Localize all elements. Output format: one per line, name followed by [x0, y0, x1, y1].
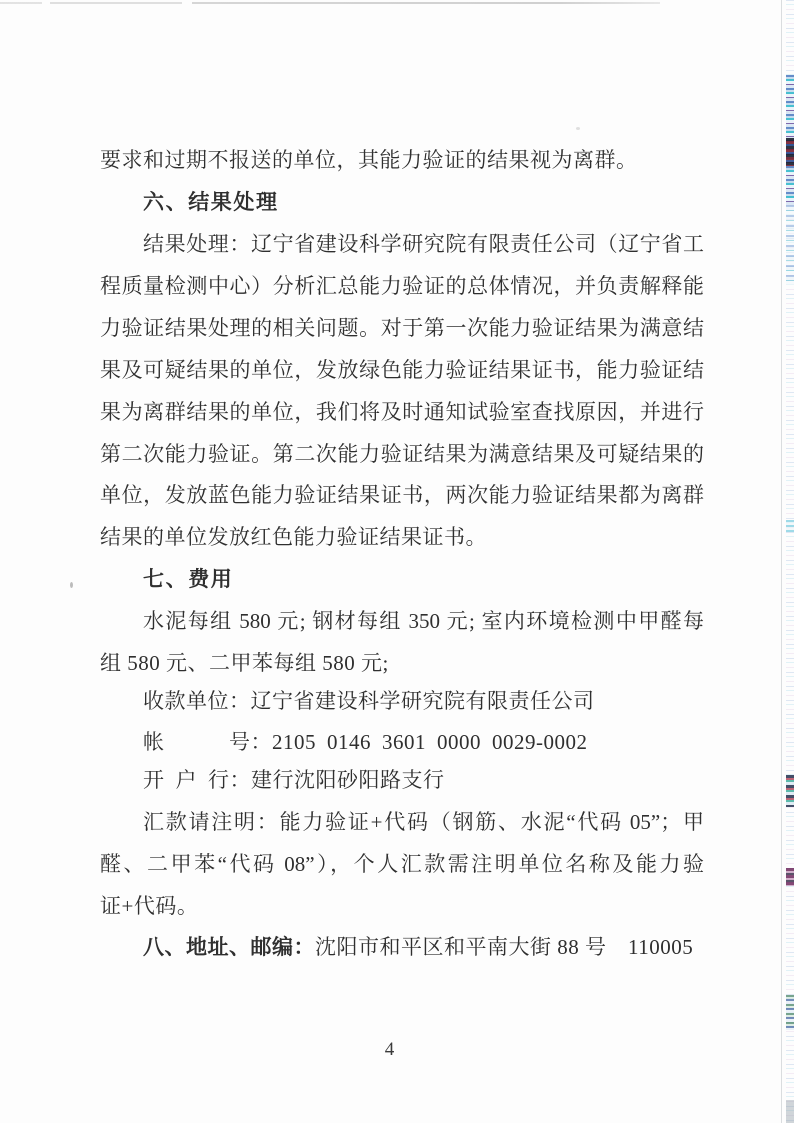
scan-speck — [576, 127, 580, 130]
doc-line: 结果处理：辽宁省建设科学研究院有限责任公司（辽宁省工 — [100, 231, 704, 258]
doc-line: 力验证结果处理的相关问题。对于第一次能力验证结果为满意结 — [100, 315, 704, 342]
fee-line: 水泥每组 580 元; 钢材每组 350 元; 室内环境检测中甲醛每 — [100, 608, 704, 635]
address-value: 沈阳市和平区和平南大街 88 号 110005 — [315, 935, 693, 959]
scan-artifact-color-strip — [786, 0, 794, 1123]
bank-line: 开 户 行：建行沈阳砂阳路支行 — [100, 767, 704, 794]
scan-strip-cluster — [786, 775, 794, 807]
scan-strip-cluster — [786, 138, 794, 166]
remit-note-line: 汇款请注明：能力验证+代码（钢筋、水泥“代码 05”；甲 — [100, 809, 704, 836]
section-heading-fees: 七、费用 — [100, 566, 704, 593]
payee-line: 收款单位：辽宁省建设科学研究院有限责任公司 — [100, 688, 704, 715]
scan-strip-cluster — [786, 520, 794, 532]
remit-note-line: 醛、二甲苯“代码 08”），个人汇款需注明单位名称及能力验 — [100, 851, 704, 878]
doc-line: 果及可疑结果的单位，发放绿色能力验证结果证书，能力验证结 — [100, 357, 704, 384]
section-heading-results: 六、结果处理 — [100, 189, 704, 216]
doc-line: 单位，发放蓝色能力验证结果证书，两次能力验证结果都为离群 — [100, 482, 704, 509]
section-heading-address: 八、地址、邮编： — [143, 935, 315, 959]
scan-strip-cluster — [786, 868, 794, 886]
doc-line: 第二次能力验证。第二次能力验证结果为满意结果及可疑结果的 — [100, 441, 704, 468]
scan-speck — [70, 582, 73, 588]
address-line: 八、地址、邮编：沈阳市和平区和平南大街 88 号 110005 — [100, 934, 704, 961]
doc-line: 程质量检测中心）分析汇总能力验证的总体情况，并负责解释能 — [100, 273, 704, 300]
scan-strip-cluster — [786, 1100, 794, 1123]
scan-artifact-edge-line — [781, 0, 782, 1123]
scanned-document-page: 要求和过期不报送的单位，其能力验证的结果视为离群。 六、结果处理 结果处理：辽宁… — [0, 0, 794, 1123]
scan-strip-cluster — [786, 205, 794, 285]
doc-line: 结果的单位发放红色能力验证结果证书。 — [100, 524, 704, 551]
doc-line: 果为离群结果的单位，我们将及时通知试验室查找原因，并进行 — [100, 399, 704, 426]
scan-artifact-top-line — [0, 2, 660, 4]
scan-strip-cluster — [786, 995, 794, 1030]
page-number: 4 — [0, 1039, 780, 1061]
account-number-line: 帐 号：2105 0146 3601 0000 0029-0002 — [100, 729, 704, 756]
fee-line: 组 580 元、二甲苯每组 580 元; — [100, 650, 704, 677]
remit-note-line: 证+代码。 — [100, 893, 704, 920]
doc-line: 要求和过期不报送的单位，其能力验证的结果视为离群。 — [100, 147, 704, 174]
